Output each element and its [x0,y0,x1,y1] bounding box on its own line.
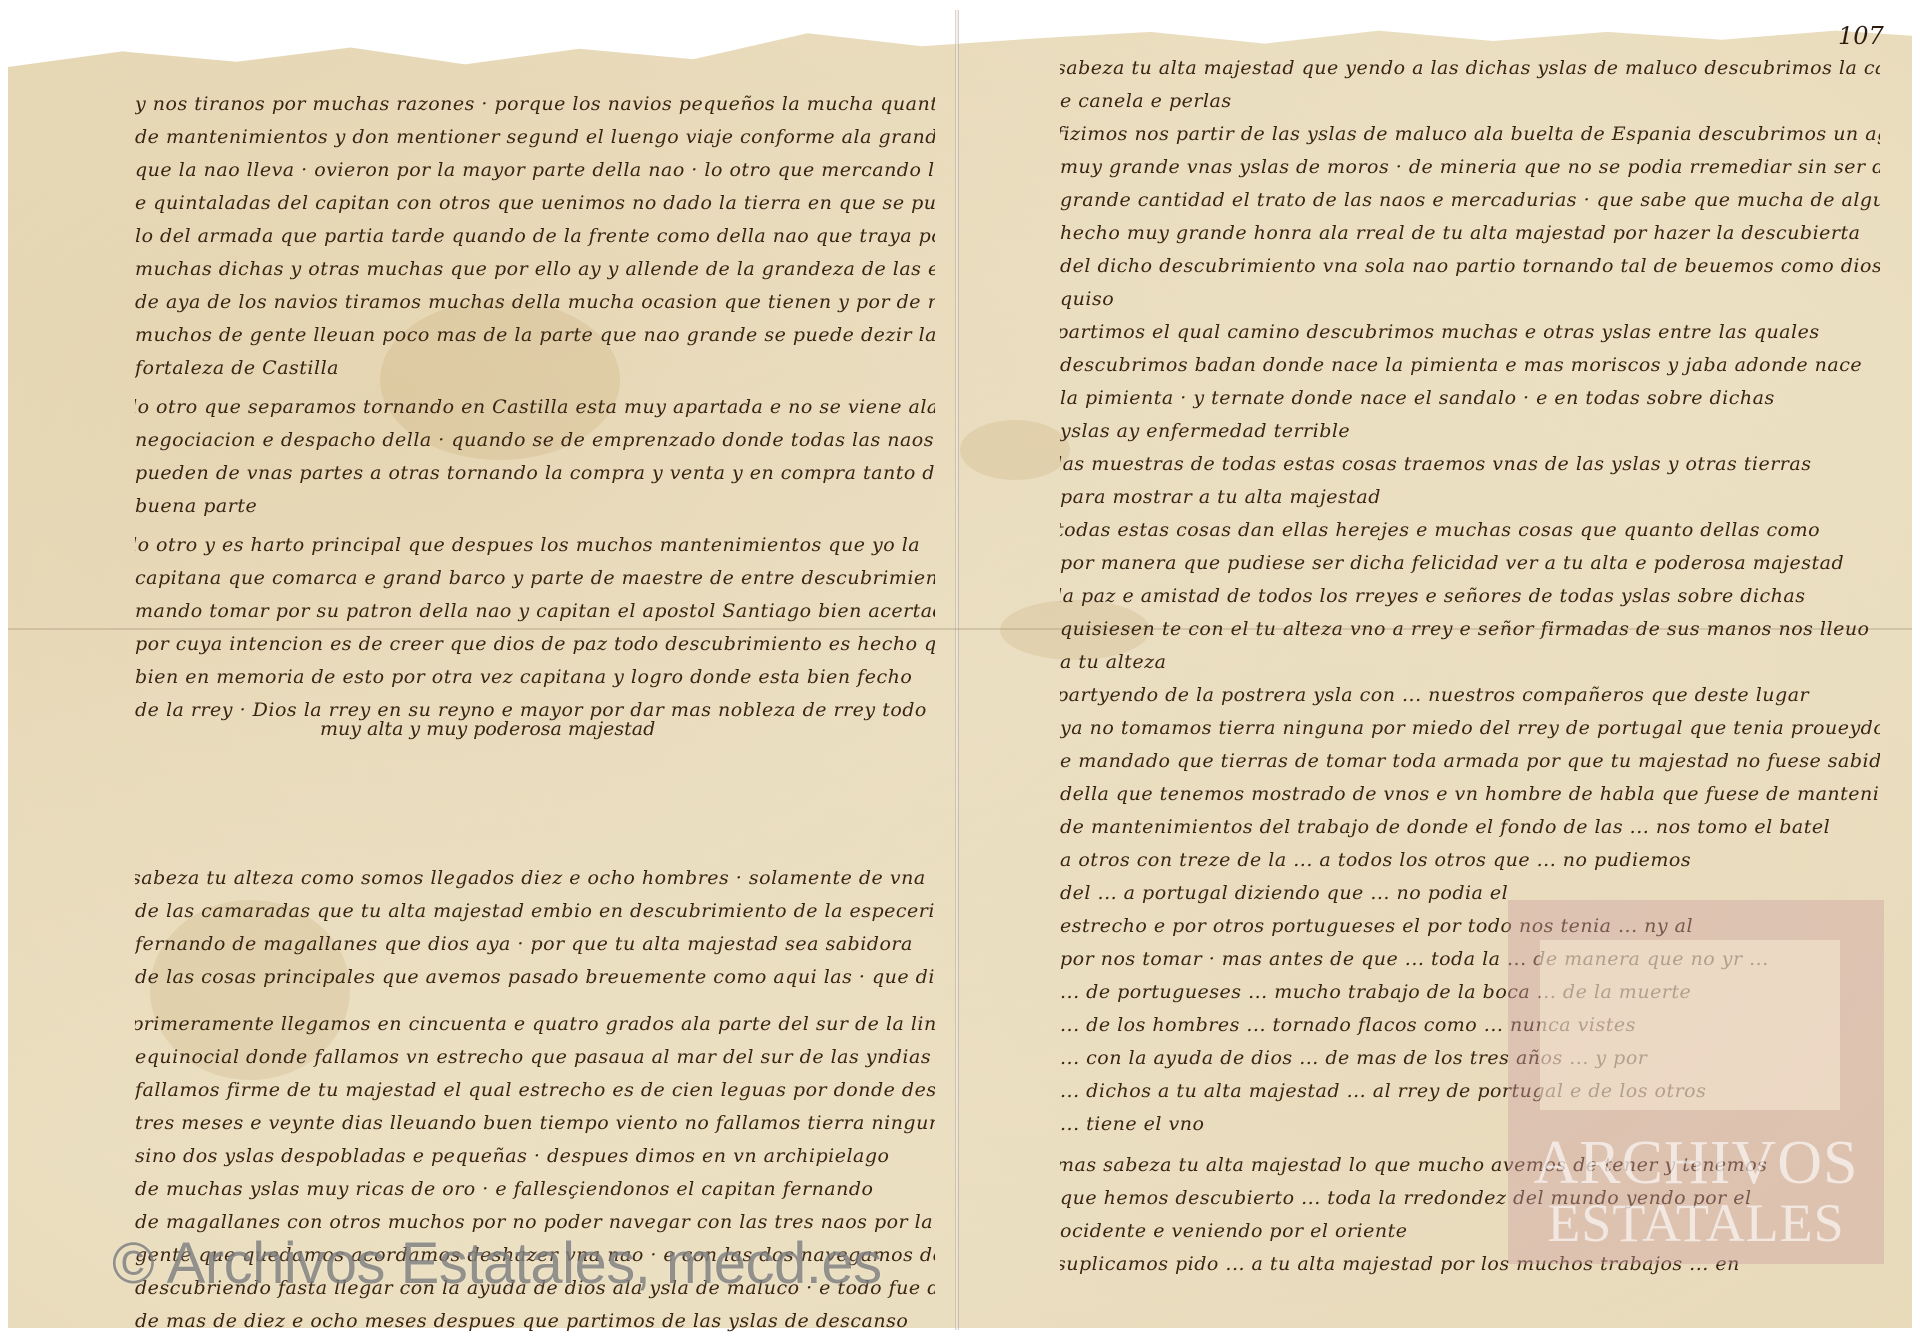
logo-text-estatales: ESTATALES [1508,1192,1884,1254]
logo-mark-icon [1540,940,1840,1110]
manuscript-line: a otros con treze de la ... a todos los … [1060,844,1880,877]
manuscript-line: quisiesen te con el tu alteza vno a rrey… [1060,613,1880,646]
manuscript-line: grande cantidad el trato de las naos e m… [1060,184,1880,217]
manuscript-line: de mas de diez e ocho meses despues que … [135,1305,935,1338]
manuscript-line: hecho muy grande honra ala rreal de tu a… [1060,217,1880,250]
manuscript-line: ſlo otro que separamos tornando en Casti… [135,391,935,424]
manuscript-line: ya no tomamos tierra ninguna por miedo d… [1060,712,1880,745]
manuscript-line: muy grande vnas yslas de moros · de mine… [1060,151,1880,184]
manuscript-line: ſpartimos el qual camino descubrimos muc… [1060,316,1880,349]
stain [960,420,1070,480]
manuscript-line: quiso [1060,283,1880,316]
manuscript-line: della que tenemos mostrado de vnos e vn … [1060,778,1880,811]
manuscript-line: ſsabeza tu alteza como somos llegados di… [135,862,935,895]
left-page: y nos tiranos por muchas razones · porqu… [135,80,935,1338]
manuscript-line: de las camaradas que tu alta majestad em… [135,895,935,928]
left-upper-paragraph: y nos tiranos por muchas razones · porqu… [135,88,935,385]
copyright-watermark: © Archivos Estatales, mecd.es [112,1230,882,1297]
manuscript-line: muchos de gente lleuan poco mas de la pa… [135,319,935,352]
left-lower-paragraph: ſsabeza tu alteza como somos llegados di… [135,862,935,994]
manuscript-line: ſla paz e amistad de todos los rreyes e … [1060,580,1880,613]
manuscript-line: ſfizimos nos partir de las yslas de malu… [1060,118,1880,151]
center-fold [955,10,959,1330]
manuscript-line: muchas dichas y otras muchas que por ell… [135,253,935,286]
manuscript-line: ſlas muestras de todas estas cosas traem… [1060,448,1880,481]
manuscript-line: de muchas yslas muy ricas de oro · e fal… [135,1173,935,1206]
manuscript-line: capitana que comarca e grand barco y par… [135,562,935,595]
manuscript-line: pueden de vnas partes a otras tornando l… [135,457,935,490]
manuscript-line: ſprimeramente llegamos en cincuenta e qu… [135,1008,935,1041]
manuscript-line: e canela e perlas [1060,85,1880,118]
salutation: muy alta y muy poderosa majestad [320,718,655,740]
manuscript-line: ſtodas estas cosas dan ellas herejes e m… [1060,514,1880,547]
manuscript-line: fortaleza de Castilla [135,352,935,385]
manuscript-line: ſlo otro y es harto principal que despue… [135,529,935,562]
manuscript-line: e quintaladas del capitan con otros que … [135,187,935,220]
manuscript-line: de aya de los navios tiramos muchas dell… [135,286,935,319]
manuscript-line: fernando de magallanes que dios aya · po… [135,928,935,961]
manuscript-line: del dicho descubrimiento vna sola nao pa… [1060,250,1880,283]
manuscript-line: buena parte [135,490,935,523]
manuscript-line: fallamos firme de tu majestad el qual es… [135,1074,935,1107]
left-paragraph-2: ſlo otro y es harto principal que despue… [135,529,935,727]
manuscript-line: a tu alteza [1060,646,1880,679]
manuscript-line: ſsabeza tu alta majestad que yendo a las… [1060,52,1880,85]
manuscript-line: de mantenimientos y don mentioner segund… [135,121,935,154]
manuscript-line: descubrimos badan donde nace la pimienta… [1060,349,1880,382]
manuscript-line: por manera que pudiese ser dicha felicid… [1060,547,1880,580]
manuscript-line: por cuya intencion es de creer que dios … [135,628,935,661]
manuscript-line: equinocial donde fallamos vn estrecho qu… [135,1041,935,1074]
left-middle-paragraph: ſlo otro que separamos tornando en Casti… [135,391,935,523]
archivos-estatales-logo-watermark: ARCHIVOS ESTATALES [1508,900,1884,1264]
manuscript-line: yslas ay enfermedad terrible [1060,415,1880,448]
manuscript-line: y nos tiranos por muchas razones · porqu… [135,88,935,121]
manuscript-line: ſpartyendo de la postrera ysla con ... n… [1060,679,1880,712]
manuscript-line: mando tomar por su patron della nao y ca… [135,595,935,628]
manuscript-line: la pimienta · y ternate donde nace el sa… [1060,382,1880,415]
manuscript-line: bien en memoria de esto por otra vez cap… [135,661,935,694]
logo-text-archivos: ARCHIVOS [1508,1128,1884,1199]
manuscript-line: de mantenimientos del trabajo de donde e… [1060,811,1880,844]
manuscript-line: e mandado que tierras de tomar toda arma… [1060,745,1880,778]
folio-number: 107 [1838,22,1884,50]
manuscript-line: de las cosas principales que avemos pasa… [135,961,935,994]
manuscript-line: tres meses e veynte dias lleuando buen t… [135,1107,935,1140]
manuscript-line: para mostrar a tu alta majestad [1060,481,1880,514]
manuscript-line: sino dos yslas despobladas e pequeñas · … [135,1140,935,1173]
manuscript-line: que la nao lleva · ovieron por la mayor … [135,154,935,187]
manuscript-line: negociacion e despacho della · quando se… [135,424,935,457]
manuscript-line: lo del armada que partia tarde quando de… [135,220,935,253]
